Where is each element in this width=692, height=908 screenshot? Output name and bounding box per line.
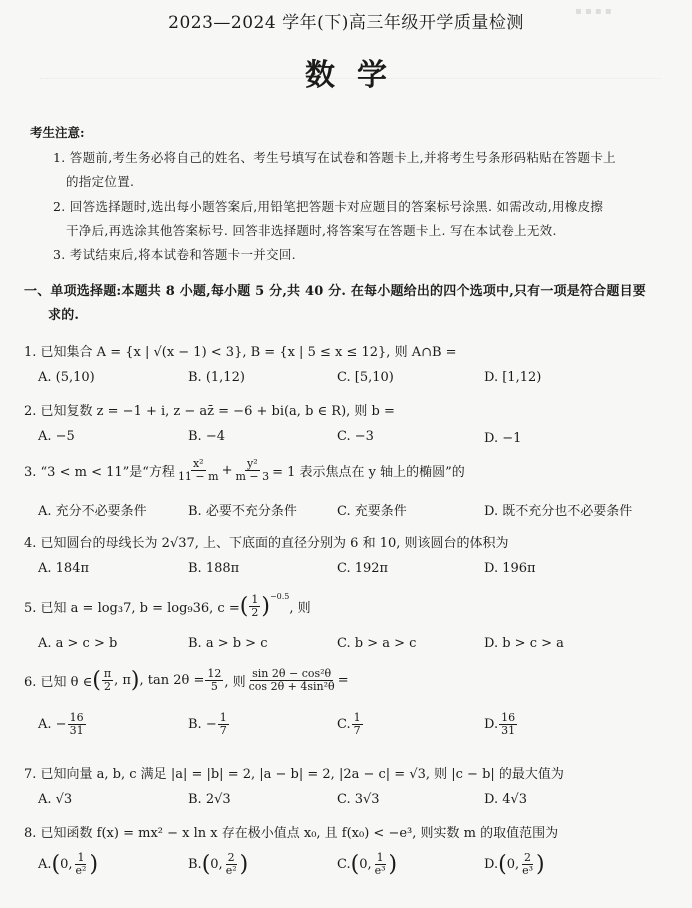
fraction: 2e²	[224, 852, 239, 877]
question-8-stem: 8. 已知函数 f(x) = mx² − x ln x 存在极小值点 x₀, 且…	[24, 822, 558, 841]
fraction-denominator: 7	[218, 725, 229, 737]
fraction-denominator: 31	[499, 725, 517, 737]
fraction: 1e²	[74, 852, 89, 877]
exam-title: 2023—2024 学年(下)高三年级开学质量检测	[0, 8, 692, 33]
right-paren: )	[89, 852, 98, 877]
right-paren: )	[240, 852, 249, 877]
notice-item-2-cont: 干净后,再选涂其他答案标号. 回答非选择题时,将答案写在答题卡上. 写在本试卷上…	[66, 221, 557, 239]
left-paren: (	[240, 594, 249, 619]
section-heading: 一、单项选择题:本题共 8 小题,每小题 5 分,共 40 分. 在每小题给出的…	[24, 280, 646, 299]
question-1-stem: 1. 已知集合 A = {x | √(x − 1) < 3}, B = {x |…	[24, 341, 457, 360]
option-label: C.	[337, 717, 351, 732]
fraction: 2e³	[520, 852, 535, 877]
question-7-option-c: C. 3√3	[337, 792, 380, 807]
question-5-stem-post: , 则	[289, 597, 310, 616]
question-4-option-d: D. 196π	[484, 561, 536, 576]
fraction-denominator: m − 3	[233, 471, 271, 483]
subject-title: 数学	[0, 50, 692, 94]
option-label: C.	[337, 857, 351, 872]
right-paren: )	[261, 594, 270, 619]
option-label: A.	[38, 857, 52, 872]
question-7-option-b: B. 2√3	[188, 792, 231, 807]
question-3-stem-post: = 1 表示焦点在 y 轴上的椭圆”的	[272, 461, 465, 480]
question-6-option-d: D. 1631	[484, 712, 518, 737]
fraction: x² 11 − m	[176, 458, 221, 483]
question-6-stem-pre: 6. 已知 θ ∈	[24, 671, 92, 690]
notice-item-1: 1. 答题前,考生务必将自己的姓名、考生号填写在试卷和答题卡上,并将考生号条形码…	[53, 148, 616, 166]
question-7-option-a: A. √3	[38, 792, 72, 807]
fraction: 1 2	[249, 594, 260, 619]
fraction: 1631	[499, 712, 517, 737]
option-sign: −	[206, 717, 217, 732]
question-4-option-b: B. 188π	[188, 561, 239, 576]
question-8-option-c: C. ( 0, 1e³ )	[337, 852, 397, 877]
fraction-denominator: e³	[373, 865, 388, 877]
fraction: 12 5	[205, 668, 223, 693]
question-3-stem: 3. “3 < m < 11”是“方程 x² 11 − m + y² m − 3…	[24, 458, 465, 483]
fraction: 17	[352, 712, 363, 737]
exponent: −0.5	[270, 592, 289, 601]
question-8-option-b: B. ( 0, 2e² )	[188, 852, 248, 877]
exam-page: ▪ ▪ ▪ ▪ 2023—2024 学年(下)高三年级开学质量检测 数学 考生注…	[0, 0, 692, 908]
question-6-option-c: C. 17	[337, 712, 364, 737]
fraction-denominator: 2	[249, 607, 260, 619]
option-sign: −	[56, 717, 67, 732]
section-heading-cont: 求的.	[48, 304, 79, 323]
interval-left: 0,	[507, 857, 519, 872]
question-4-option-a: A. 184π	[38, 561, 89, 576]
right-paren: )	[131, 668, 140, 693]
fraction-denominator: e³	[520, 865, 535, 877]
notice-item-1-cont: 的指定位置.	[66, 172, 134, 190]
right-paren: )	[536, 852, 545, 877]
question-1-option-a: A. (5,10)	[38, 370, 95, 385]
question-8-option-a: A. ( 0, 1e² )	[38, 852, 98, 877]
question-6-stem-mid2: , 则	[224, 671, 245, 690]
fraction-denominator: 11 − m	[176, 471, 221, 483]
question-8-option-d: D. ( 0, 2e³ )	[484, 852, 545, 877]
option-label: B.	[188, 857, 202, 872]
fraction: sin 2θ − cos²θ cos 2θ + 4sin²θ	[247, 668, 337, 693]
interval-left: 0,	[210, 857, 222, 872]
fraction-denominator: 2	[102, 681, 113, 693]
question-1-option-b: B. (1,12)	[188, 370, 245, 385]
left-paren: (	[351, 852, 360, 877]
option-label: A.	[38, 717, 52, 732]
question-6-stem: 6. 已知 θ ∈ ( π 2 , π ) , tan 2θ = 12 5 , …	[24, 668, 349, 693]
notice-heading: 考生注意:	[30, 123, 85, 141]
fraction: 17	[218, 712, 229, 737]
interval-left: 0,	[359, 857, 371, 872]
question-6-option-b: B. − 17	[188, 712, 230, 737]
question-6-option-a: A. − 1631	[38, 712, 87, 737]
question-2-option-b: B. −4	[188, 429, 225, 444]
question-2-option-c: C. −3	[337, 429, 374, 444]
question-3-stem-pre: 3. “3 < m < 11”是“方程	[24, 461, 175, 480]
notice-item-3: 3. 考试结束后,将本试卷和答题卡一并交回.	[53, 245, 296, 263]
question-5-option-c: C. b > a > c	[337, 636, 416, 651]
fraction-denominator: 7	[352, 725, 363, 737]
option-label: D.	[484, 717, 498, 732]
question-5-option-a: A. a > c > b	[38, 636, 117, 651]
option-label: B.	[188, 717, 202, 732]
fraction-denominator: 31	[68, 725, 86, 737]
left-paren: (	[498, 852, 507, 877]
question-7-stem: 7. 已知向量 a, b, c 满足 |a| = |b| = 2, |a − b…	[24, 763, 564, 782]
question-5-stem-pre: 5. 已知 a = log₃7, b = log₉36, c =	[24, 597, 240, 616]
fraction-denominator: e²	[224, 865, 239, 877]
question-5-option-b: B. a > b > c	[188, 636, 268, 651]
fraction: y² m − 3	[233, 458, 271, 483]
option-label: D.	[484, 857, 498, 872]
question-3-option-a: A. 充分不必要条件	[38, 500, 147, 519]
left-paren: (	[202, 852, 211, 877]
plus-sign: +	[222, 463, 233, 478]
question-2-option-a: A. −5	[38, 429, 75, 444]
question-6-stem-mid: , tan 2θ =	[140, 673, 205, 688]
question-3-option-b: B. 必要不充分条件	[188, 500, 297, 519]
question-1-option-c: C. [5,10)	[337, 370, 394, 385]
question-7-option-d: D. 4√3	[484, 792, 527, 807]
fraction-denominator: 5	[209, 681, 220, 693]
question-6-stem-post: =	[338, 673, 349, 688]
right-paren: )	[389, 852, 398, 877]
question-4-stem: 4. 已知圆台的母线长为 2√37, 上、下底面的直径分别为 6 和 10, 则…	[24, 532, 509, 551]
left-paren: (	[92, 668, 101, 693]
question-1-option-d: D. [1,12)	[484, 370, 541, 385]
fraction-denominator: cos 2θ + 4sin²θ	[247, 681, 337, 693]
fraction: 1631	[68, 712, 86, 737]
fraction-denominator: e²	[74, 865, 89, 877]
fraction: 1e³	[373, 852, 388, 877]
question-4-option-c: C. 192π	[337, 561, 388, 576]
interval-left: 0,	[60, 857, 72, 872]
question-3-option-d: D. 既不充分也不必要条件	[484, 500, 632, 519]
question-5-option-d: D. b > c > a	[484, 636, 564, 651]
question-5-stem: 5. 已知 a = log₃7, b = log₉36, c = ( 1 2 )…	[24, 594, 311, 619]
question-2-option-d: D. −1	[484, 431, 521, 446]
left-paren: (	[52, 852, 61, 877]
notice-item-2: 2. 回答选择题时,选出每小题答案后,用铅笔把答题卡对应题目的答案标号涂黑. 如…	[53, 197, 603, 215]
question-3-option-c: C. 充要条件	[337, 500, 407, 519]
fraction: π 2	[102, 668, 113, 693]
interval-right: , π	[114, 673, 131, 688]
question-2-stem: 2. 已知复数 z = −1 + i, z − az̄ = −6 + bi(a,…	[24, 400, 395, 419]
